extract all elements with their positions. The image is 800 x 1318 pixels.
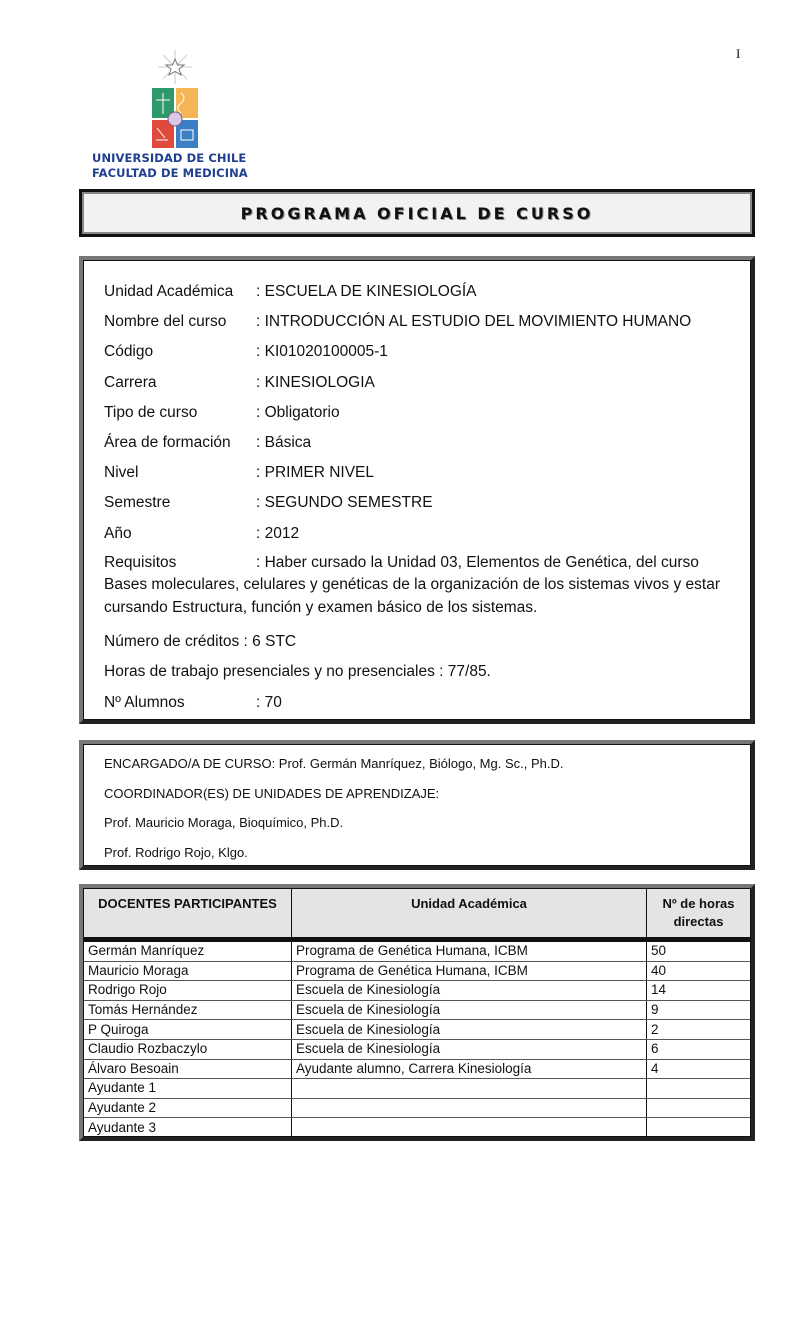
column-header-horas: Nº de horas directas [647, 889, 751, 940]
academic-unit-cell [292, 1098, 647, 1118]
university-crest-icon [150, 48, 200, 150]
academic-unit-cell [292, 1079, 647, 1099]
academic-unit-cell: Programa de Genética Humana, ICBM [292, 961, 647, 981]
academic-unit-cell: Programa de Genética Humana, ICBM [292, 940, 647, 962]
info-row-requisitos: Requisitos: Haber cursado la Unidad 03, … [104, 552, 750, 628]
coordinator: Prof. Mauricio Moraga, Bioquímico, Ph.D. [104, 812, 750, 842]
coordinators-heading: COORDINADOR(ES) DE UNIDADES DE APRENDIZA… [104, 783, 750, 813]
title-box: PROGRAMA OFICIAL DE CURSO [79, 189, 755, 237]
faculty-name: FACULTAD DE MEDICINA [92, 167, 262, 180]
academic-unit-cell: Escuela de Kinesiología [292, 1039, 647, 1059]
table-row: P QuirogaEscuela de Kinesiología2 [84, 1020, 750, 1040]
info-row-anio: Año: 2012 [104, 519, 750, 549]
academic-unit-cell: Escuela de Kinesiología [292, 1000, 647, 1020]
document-title: PROGRAMA OFICIAL DE CURSO [241, 204, 594, 223]
hours-cell: 6 [647, 1039, 751, 1059]
teacher-name-cell: Mauricio Moraga [84, 961, 292, 981]
hours-cell: 14 [647, 981, 751, 1001]
info-row-alumnos: Nº Alumnos: 70 [104, 688, 750, 718]
teacher-name-cell: Ayudante 3 [84, 1118, 292, 1137]
info-row-tipo: Tipo de curso: Obligatorio [104, 398, 750, 428]
info-row-nombre: Nombre del curso: INTRODUCCIÓN AL ESTUDI… [104, 307, 750, 337]
university-name: UNIVERSIDAD DE CHILE [92, 152, 262, 165]
info-row-nivel: Nivel: PRIMER NIVEL [104, 458, 750, 488]
hours-cell [647, 1098, 751, 1118]
table-row: Ayudante 3 [84, 1118, 750, 1137]
info-row-carrera: Carrera: KINESIOLOGIA [104, 368, 750, 398]
table-row: Germán ManríquezPrograma de Genética Hum… [84, 940, 750, 962]
teacher-name-cell: Tomás Hernández [84, 1000, 292, 1020]
teacher-name-cell: Ayudante 2 [84, 1098, 292, 1118]
page-number: I [736, 46, 740, 62]
info-row-creditos: Número de créditos : 6 STC [104, 627, 750, 657]
table-row: Claudio RozbaczyloEscuela de Kinesiologí… [84, 1039, 750, 1059]
table-row: Ayudante 2 [84, 1098, 750, 1118]
table-row: Mauricio MoragaPrograma de Genética Huma… [84, 961, 750, 981]
info-row-unidad: Unidad Académica: ESCUELA DE KINESIOLOGÍ… [104, 277, 750, 307]
teacher-name-cell: Ayudante 1 [84, 1079, 292, 1099]
teacher-name-cell: Claudio Rozbaczylo [84, 1039, 292, 1059]
table-row: Ayudante 1 [84, 1079, 750, 1099]
info-row-codigo: Código: KI01020100005-1 [104, 337, 750, 367]
hours-cell: 2 [647, 1020, 751, 1040]
coordinator: Prof. Rodrigo Rojo, Klgo. [104, 842, 750, 872]
teacher-name-cell: Germán Manríquez [84, 940, 292, 962]
teacher-name-cell: Rodrigo Rojo [84, 981, 292, 1001]
table-row: Álvaro BesoainAyudante alumno, Carrera K… [84, 1059, 750, 1079]
column-header-unidad: Unidad Académica [292, 889, 647, 940]
academic-unit-cell: Escuela de Kinesiología [292, 1020, 647, 1040]
academic-unit-cell: Ayudante alumno, Carrera Kinesiología [292, 1059, 647, 1079]
teachers-table: DOCENTES PARTICIPANTES Unidad Académica … [84, 889, 750, 1137]
teacher-name-cell: Álvaro Besoain [84, 1059, 292, 1079]
hours-cell: 9 [647, 1000, 751, 1020]
academic-unit-cell [292, 1118, 647, 1137]
teacher-name-cell: P Quiroga [84, 1020, 292, 1040]
info-row-area: Área de formación: Básica [104, 428, 750, 458]
course-manager: ENCARGADO/A DE CURSO: Prof. Germán Manrí… [104, 753, 750, 783]
table-row: Tomás HernándezEscuela de Kinesiología9 [84, 1000, 750, 1020]
teachers-table-box: DOCENTES PARTICIPANTES Unidad Académica … [79, 884, 755, 1141]
hours-cell: 4 [647, 1059, 751, 1079]
info-row-semestre: Semestre: SEGUNDO SEMESTRE [104, 488, 750, 518]
hours-cell: 50 [647, 940, 751, 962]
staff-box: ENCARGADO/A DE CURSO: Prof. Germán Manrí… [79, 740, 755, 870]
course-info-box: Unidad Académica: ESCUELA DE KINESIOLOGÍ… [79, 256, 755, 724]
university-logo: UNIVERSIDAD DE CHILE FACULTAD DE MEDICIN… [92, 48, 262, 180]
hours-cell: 40 [647, 961, 751, 981]
column-header-docentes: DOCENTES PARTICIPANTES [84, 889, 292, 940]
hours-cell [647, 1118, 751, 1137]
hours-cell [647, 1079, 751, 1099]
academic-unit-cell: Escuela de Kinesiología [292, 981, 647, 1001]
info-row-horas: Horas de trabajo presenciales y no prese… [104, 657, 750, 687]
table-row: Rodrigo RojoEscuela de Kinesiología14 [84, 981, 750, 1001]
